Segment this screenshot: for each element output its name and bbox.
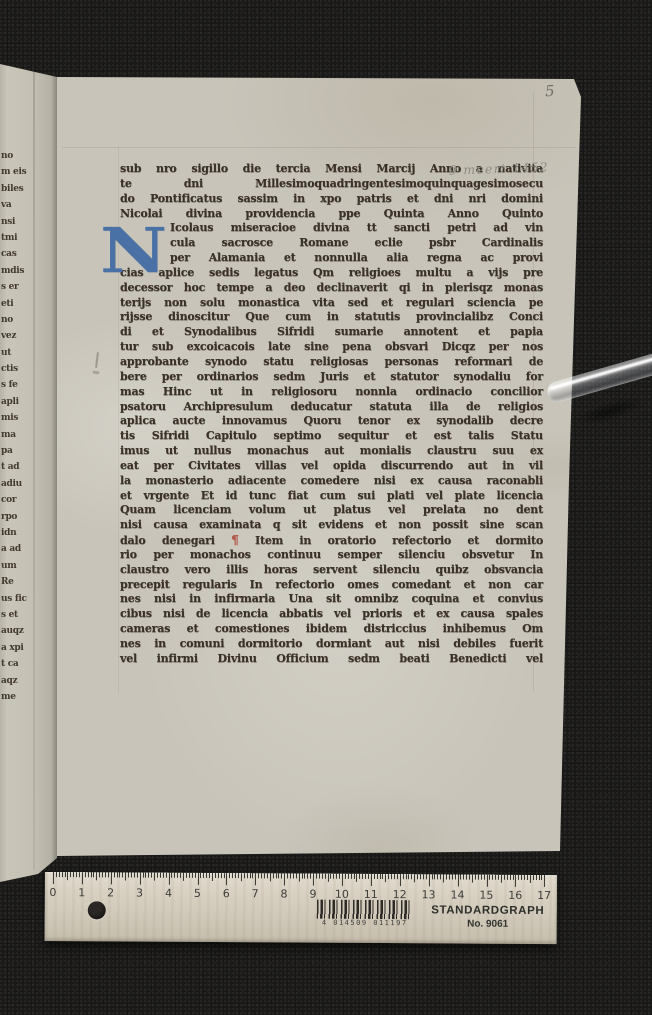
ruler-tick <box>290 873 291 878</box>
ruler-tick <box>148 873 149 878</box>
ruler-tick <box>76 872 77 877</box>
ruler-tick <box>394 874 395 879</box>
ruler-tick <box>206 873 207 878</box>
ruler-tick <box>541 875 542 880</box>
ruler-tick <box>140 873 141 885</box>
ruler-tick <box>336 874 337 879</box>
ruler-tick <box>481 875 482 880</box>
ruler-tick <box>527 875 528 880</box>
manuscript-line: cibus nisi de licencia abbatis vel prior… <box>120 607 543 622</box>
manuscript-line: tur sub excoicacois late sine pena obsva… <box>120 340 543 355</box>
ruler-tick <box>157 873 158 878</box>
edge-text-fragment: mdis <box>1 263 30 279</box>
manuscript-line: do Pontificatus sassim in xpo patris et … <box>120 192 543 207</box>
ruler-tick <box>391 874 392 879</box>
ruler-tick <box>287 873 288 878</box>
ruler-brand-label: STANDARDGRAPH <box>423 904 553 917</box>
ruler-tick <box>544 875 545 887</box>
ruler-tick <box>437 874 438 879</box>
ruler-tick <box>229 873 230 878</box>
ruler-tick <box>310 874 311 879</box>
ruler-tick <box>79 872 80 877</box>
ruler-tick <box>160 873 161 878</box>
edge-text-fragment: mis <box>1 410 30 426</box>
ruler-tick <box>174 873 175 878</box>
ruler-tick <box>426 874 427 879</box>
ruler-tick <box>119 872 120 877</box>
ruler-tick <box>93 872 94 877</box>
ruler-tick <box>73 872 74 877</box>
manuscript-line: aplica aucte innovamus Quoru tenor ex sy… <box>120 414 543 429</box>
ruler-number: 2 <box>101 886 121 899</box>
ruler-tick <box>249 873 250 878</box>
edge-text-fragment: tmi <box>1 230 30 246</box>
ruler-tick <box>267 873 268 878</box>
ruler-tick <box>501 875 502 883</box>
ruler-number: 15 <box>476 889 496 902</box>
ruler-number: 4 <box>158 887 178 900</box>
ruler-tick <box>440 874 441 879</box>
ruler-tick <box>270 873 271 881</box>
manuscript-line: precepit regularis In refectorio omes co… <box>120 578 543 593</box>
edge-text-fragment: aqz <box>1 673 30 689</box>
ruler-tick <box>241 873 242 881</box>
ruler-tick <box>420 874 421 879</box>
ruler-tick <box>449 874 450 879</box>
edge-text-fragment: biles <box>1 181 30 197</box>
manuscript-line: vel infirmi Divinu Officium sedm beati B… <box>120 652 543 667</box>
manuscript-line: di et Synodalibus Sifridi sumarie annote… <box>120 325 543 340</box>
ruler-tick <box>414 874 415 882</box>
ruler-barcode <box>317 900 412 920</box>
ruler-tick <box>356 874 357 882</box>
ruler-number: 0 <box>43 886 63 899</box>
manuscript-line: et vrgente Et id tunc fiat cum sui plati… <box>120 489 543 504</box>
ruler-tick <box>452 874 453 879</box>
manuscript-line-segment: Item in oratorio refectorio et dormito <box>239 534 543 547</box>
ruler-tick <box>215 873 216 878</box>
ruler-tick <box>85 872 86 877</box>
ruler-tick <box>469 875 470 880</box>
ruler-tick <box>209 873 210 878</box>
ruler-tick <box>128 873 129 878</box>
ruler-tick <box>322 874 323 879</box>
edge-text-fragment: pa <box>1 443 30 459</box>
edge-text-fragment: m eis <box>1 164 30 180</box>
ruler-tick <box>299 874 300 882</box>
ruler-tick <box>56 872 57 877</box>
ruler-tick <box>264 873 265 878</box>
ruler-tick <box>102 872 103 877</box>
manuscript-line: Quam licenciam volum ut platus vel prela… <box>120 503 543 518</box>
ruler-tick <box>223 873 224 878</box>
barcode-digits: 4 014509 011197 <box>311 919 419 928</box>
ruler-tick <box>385 874 386 882</box>
manuscript-line: nes in comuni dormitorio dormiant aut ni… <box>120 637 543 652</box>
manuscript-line-segment: dalo denegari <box>120 534 231 547</box>
ruler-tick <box>455 875 456 880</box>
ruler-tick <box>122 872 123 877</box>
manuscript-line: terijs non solu monastica vita sed et re… <box>120 296 543 311</box>
ruler-tick <box>186 873 187 878</box>
ruler-tick <box>53 872 54 884</box>
ruler-number: 5 <box>187 887 207 900</box>
edge-text-fragment: t ca <box>1 656 30 672</box>
ruler-tick <box>59 872 60 877</box>
edge-text-fragment: ma <box>1 427 30 443</box>
ruler-tick <box>484 875 485 880</box>
edge-text-fragment: adiu <box>1 476 30 492</box>
ruler-tick <box>443 874 444 882</box>
ruler-tick <box>275 873 276 878</box>
ruler-tick <box>432 874 433 879</box>
ruler-tick <box>67 872 68 880</box>
ruler-tick <box>411 874 412 879</box>
ruler-tick <box>307 874 308 879</box>
ruler-number: 6 <box>216 887 236 900</box>
manuscript-line: per Alamania et nonnulla alia regna ac p… <box>120 251 543 266</box>
ruler-tick <box>171 873 172 878</box>
manuscript-text-block: sub nro sigillo die tercia Mensi Marcij … <box>120 162 543 667</box>
ruler-tick <box>374 874 375 879</box>
ruler-tick <box>510 875 511 880</box>
ruler-tick <box>255 873 256 885</box>
ruler-tick <box>252 873 253 878</box>
ruler-tick <box>70 872 71 877</box>
manuscript-line: decessor hoc tempe a deo declinaverit qi… <box>120 281 543 296</box>
ruler-tick <box>91 872 92 877</box>
ruler-tick <box>333 874 334 879</box>
ruler-tick <box>512 875 513 880</box>
ruler-tick <box>536 875 537 880</box>
manuscript-line: la monasterio adiacente comedere nisi ex… <box>120 474 543 489</box>
illuminated-initial: N <box>100 216 176 292</box>
ruler-tick <box>460 875 461 880</box>
ruler-tick <box>62 872 63 877</box>
ruler-tick <box>203 873 204 878</box>
ruler-tick <box>434 874 435 879</box>
ruler-tick <box>125 872 126 880</box>
ruler-tick <box>212 873 213 881</box>
ruler-tick <box>423 874 424 879</box>
ruling-line-horizontal <box>62 147 576 148</box>
ruler-tick <box>478 875 479 880</box>
manuscript-line: te dni Millesimoquadringentesimoquinquag… <box>120 177 543 192</box>
ruler-tick <box>108 872 109 877</box>
ruler-tick <box>475 875 476 880</box>
ruler-tick <box>507 875 508 880</box>
ruler-tick <box>65 872 66 877</box>
ruler-tick <box>258 873 259 878</box>
ruler-tick <box>200 873 201 878</box>
ruler-tick <box>114 872 115 877</box>
ruler-tick <box>342 874 343 886</box>
manuscript-line: cula sacrosce Romane eclie psbr Cardinal… <box>120 236 543 251</box>
ruler-tick <box>301 874 302 879</box>
ruler-tick <box>345 874 346 879</box>
ruler-tick <box>316 874 317 879</box>
ruler-tick <box>169 873 170 885</box>
ruler-tick <box>247 873 248 878</box>
ruler-number: 7 <box>245 887 265 900</box>
ruler-number: 17 <box>534 889 554 902</box>
edge-text-fragment: rpo <box>1 509 30 525</box>
manuscript-line: psatoru Archipresulum deducatur statuta … <box>120 400 543 415</box>
ruler-tick <box>192 873 193 878</box>
ruler-tick <box>371 874 372 886</box>
ruler-tick <box>281 873 282 878</box>
ruler-tick <box>226 873 227 885</box>
ruler-tick <box>195 873 196 878</box>
edge-text-fragment: a ad <box>1 541 30 557</box>
ruler-tick <box>359 874 360 879</box>
edge-text-fragment: ut <box>1 345 30 361</box>
ruler-tick <box>466 875 467 880</box>
manuscript-line: rio per monachos continuu semper silenci… <box>120 548 543 563</box>
manuscript-line: Icolaus miseracioe divina tt sancti petr… <box>120 221 543 236</box>
edge-text-fragment: a xpi <box>1 640 30 656</box>
ruler-tick <box>166 873 167 878</box>
ruler-tick <box>538 875 539 880</box>
ruler-tick <box>495 875 496 880</box>
ruler-scale: 01234567891011121314151617 <box>45 872 557 875</box>
ruler-tick <box>382 874 383 879</box>
manuscript-line: bere per ordinarios sedm Juris et statut… <box>120 370 543 385</box>
ruler-tick <box>284 873 285 885</box>
ruler-tick <box>143 873 144 878</box>
edge-text-fragment: idn <box>1 525 30 541</box>
ruler-tick <box>154 873 155 881</box>
ruler-tick <box>403 874 404 879</box>
ruler-tick <box>134 873 135 878</box>
edge-text-fragment: no <box>1 148 30 164</box>
ruler-tick <box>238 873 239 878</box>
ruler-tick <box>319 874 320 879</box>
facing-page-text-fragments: nom eisbilesvansitmicasmdiss eretinovezu… <box>1 148 30 705</box>
ruler-tick <box>400 874 401 886</box>
manuscript-line: dalo denegari ¶ Item in oratorio refecto… <box>120 533 543 548</box>
ruler-tick <box>180 873 181 878</box>
manuscript-line: eat per Civitates villas vel opida discu… <box>120 459 543 474</box>
ruler-tick <box>235 873 236 878</box>
ruler-tick <box>117 872 118 877</box>
ruler-tick <box>498 875 499 880</box>
edge-text-fragment: Re <box>1 574 30 590</box>
ruler-tick <box>354 874 355 879</box>
manuscript-line: tis Sifridi Capitulo septimo sequitur et… <box>120 429 543 444</box>
ruler: 01234567891011121314151617 4 014509 0111… <box>45 872 557 944</box>
manuscript-line: nes nisi in infirmaria Una sit omnibz co… <box>120 592 543 607</box>
ruler-hole <box>88 901 106 919</box>
ruler-tick <box>362 874 363 879</box>
edge-text-fragment: ctis <box>1 361 30 377</box>
manuscript-line: approbante synodo statu religiosas perso… <box>120 355 543 370</box>
ruler-tick <box>177 873 178 878</box>
ruler-tick <box>446 874 447 879</box>
ruler-tick <box>492 875 493 880</box>
ruler-tick <box>365 874 366 879</box>
edge-text-fragment: s fe <box>1 377 30 393</box>
edge-text-fragment: me <box>1 689 30 705</box>
ruler-tick <box>183 873 184 881</box>
edge-text-fragment: us fic <box>1 591 30 607</box>
ruler-tick <box>96 872 97 880</box>
ruler-tick <box>137 873 138 878</box>
edge-text-fragment: cor <box>1 492 30 508</box>
edge-text-fragment: nsi <box>1 214 30 230</box>
ruler-tick <box>105 872 106 877</box>
ruler-tick <box>111 872 112 884</box>
ruler-tick <box>408 874 409 879</box>
ruler-tick <box>417 874 418 879</box>
ruler-tick <box>131 873 132 878</box>
ruler-tick <box>293 874 294 879</box>
manuscript-line: cameras et comestiones ibidem districciu… <box>120 622 543 637</box>
ruler-number: 3 <box>130 887 150 900</box>
ruler-tick <box>163 873 164 878</box>
ruler-tick <box>504 875 505 880</box>
ruler-tick <box>533 875 534 880</box>
ruler-tick <box>463 875 464 880</box>
ruler-tick <box>521 875 522 880</box>
ruler-tick <box>99 872 100 877</box>
edge-text-fragment: s et <box>1 607 30 623</box>
manuscript-line: cias aplice sedis legatus Qm religioes m… <box>120 266 543 281</box>
ruler-tick <box>88 872 89 877</box>
ruler-tick <box>489 875 490 880</box>
ruler-tick <box>530 875 531 883</box>
manuscript-line: imus ut nullus monachus aut monialis cla… <box>120 444 543 459</box>
ruler-tick <box>278 873 279 878</box>
ruler-number: 8 <box>274 887 294 900</box>
ruler-number: 1 <box>72 886 92 899</box>
edge-text-fragment: um <box>1 558 30 574</box>
edge-text-fragment: apli <box>1 394 30 410</box>
rubric-pilcrow: ¶ <box>231 532 239 547</box>
edge-text-fragment: va <box>1 197 30 213</box>
ruler-number: 13 <box>419 888 439 901</box>
folio-number: 5 <box>544 82 555 101</box>
photo-backdrop: { "page": { "folio_number": "5", "pencil… <box>0 0 652 1015</box>
manuscript-line: nisi causa examinata q sit evidens et no… <box>120 518 543 533</box>
ruler-tick <box>325 874 326 879</box>
ruler-tick <box>82 872 83 884</box>
edge-text-fragment: t ad <box>1 459 30 475</box>
edge-text-fragment: cas <box>1 246 30 262</box>
ruler-tick <box>518 875 519 880</box>
ruler-tick <box>368 874 369 879</box>
ruler-tick <box>244 873 245 878</box>
ruler-tick <box>348 874 349 879</box>
ruler-tick <box>189 873 190 878</box>
manuscript-line: mas Hinc ut in religiosoru nonnla ordina… <box>120 385 543 400</box>
ruler-model-label: No. 9061 <box>423 918 553 930</box>
ruler-tick <box>232 873 233 878</box>
ruler-number: 14 <box>447 888 467 901</box>
ruler-tick <box>145 873 146 878</box>
edge-text-fragment: vez <box>1 328 30 344</box>
ruler-tick <box>515 875 516 887</box>
ruler-number: 16 <box>505 889 525 902</box>
edge-text-fragment: no <box>1 312 30 328</box>
ruler-tick <box>218 873 219 878</box>
ruler-tick <box>429 874 430 886</box>
edge-text-fragment: s er <box>1 279 30 295</box>
ruler-tick <box>327 874 328 882</box>
ruler-tick <box>397 874 398 879</box>
ruler-tick <box>524 875 525 880</box>
ruler-tick <box>221 873 222 878</box>
ruler-tick <box>377 874 378 879</box>
ruler-tick <box>304 874 305 879</box>
manuscript-line: claustro vero illis horas servent silenc… <box>120 563 543 578</box>
ruler-tick <box>388 874 389 879</box>
ruler-tick <box>472 875 473 883</box>
ruler-tick <box>406 874 407 879</box>
ruler-tick <box>296 874 297 879</box>
ruler-tick <box>339 874 340 879</box>
ruler-tick <box>313 874 314 886</box>
ruler-tick <box>330 874 331 879</box>
ruler-tick <box>273 873 274 878</box>
edge-text-fragment: eti <box>1 296 30 312</box>
ruler-tick <box>261 873 262 878</box>
edge-text-fragment: auqz <box>1 623 30 639</box>
manuscript-line: Nicolai divina providencia ppe Quinta An… <box>120 207 543 222</box>
ruler-tick <box>458 875 459 887</box>
manuscript-line: rijsse dinoscitur Que cum in statutis pr… <box>120 310 543 325</box>
ruler-tick <box>197 873 198 885</box>
ruler-tick <box>351 874 352 879</box>
ruler-tick <box>151 873 152 878</box>
ruler-tick <box>486 875 487 887</box>
ruler-tick <box>380 874 381 879</box>
